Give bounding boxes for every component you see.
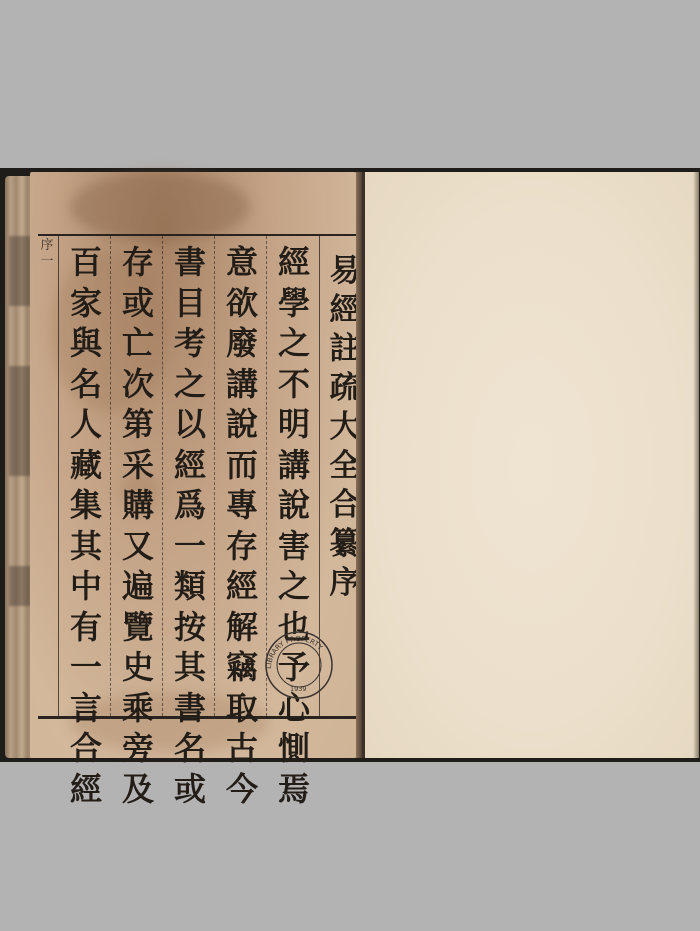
glyph: 廢 [226,323,258,364]
glyph: 言 [70,688,102,729]
glyph: 害 [278,526,310,567]
glyph: 類 [174,566,206,607]
glyph: 爲 [174,485,206,526]
glyph: 經 [174,445,206,486]
column-rule [162,236,163,716]
glyph: 或 [174,769,206,810]
glyph: 有 [70,607,102,648]
glyph: 史 [122,647,154,688]
glyph: 古 [226,728,258,769]
glyph: 名 [174,728,206,769]
glyph: 集 [70,485,102,526]
glyph: 書 [174,688,206,729]
text-column-5: 百家與名人藏集其中有一言合經 [64,242,108,809]
column-rule [214,236,215,716]
glyph: 經 [278,242,310,283]
glyph: 以 [174,404,206,445]
glyph: 其 [174,647,206,688]
glyph: 之 [278,566,310,607]
glyph: 惻 [278,728,310,769]
open-book-scan: 序一 百家與名人藏集其中有一言合經 存或亡次第采購又遍覽史乘旁及 書目考之以經爲… [0,168,700,762]
glyph: 一 [70,647,102,688]
text-column-1: 經學之不明講說害之也予心惻焉 [272,242,316,809]
glyph: 經 [226,566,258,607]
text-column-4: 存或亡次第采購又遍覽史乘旁及 [116,242,160,809]
glyph: 與 [70,323,102,364]
glyph: 講 [226,364,258,405]
text-column-2: 意欲廢講說而專存經解竊取古今 [220,242,264,809]
glyph: 一 [174,526,206,567]
glyph: 次 [122,364,154,405]
glyph: 目 [174,283,206,324]
glyph: 或 [122,283,154,324]
glyph: 存 [226,526,258,567]
glyph: 經 [70,769,102,810]
glyph: 考 [174,323,206,364]
glyph: 竊 [226,647,258,688]
glyph: 名 [70,364,102,405]
glyph: 說 [226,404,258,445]
glyph: 講 [278,445,310,486]
svg-text:1939: 1939 [290,685,307,693]
glyph: 第 [122,404,154,445]
glyph: 家 [70,283,102,324]
glyph: 不 [278,364,310,405]
glyph: 乘 [122,688,154,729]
glyph: 專 [226,485,258,526]
glyph: 其 [70,526,102,567]
glyph: 按 [174,607,206,648]
glyph: 覽 [122,607,154,648]
column-rule [110,236,111,716]
glyph: 焉 [278,769,310,810]
glyph: 存 [122,242,154,283]
glyph: 解 [226,607,258,648]
glyph: 意 [226,242,258,283]
glyph: 人 [70,404,102,445]
glyph: 之 [278,323,310,364]
glyph: 合 [70,728,102,769]
glyph: 購 [122,485,154,526]
glyph: 書 [174,242,206,283]
column-rule [58,236,59,716]
glyph: 明 [278,404,310,445]
glyph: 中 [70,566,102,607]
glyph: 說 [278,485,310,526]
page-edges [5,176,33,758]
text-column-3: 書目考之以經爲一類按其書名或 [168,242,212,809]
glyph: 學 [278,283,310,324]
svg-text:LIBRARY PROPERTY: LIBRARY PROPERTY [265,635,325,669]
glyph: 而 [226,445,258,486]
glyph: 旁 [122,728,154,769]
glyph: 又 [122,526,154,567]
glyph: 今 [226,769,258,810]
right-page-blank [362,172,699,758]
glyph: 之 [174,364,206,405]
glyph: 及 [122,769,154,810]
glyph: 遍 [122,566,154,607]
glyph: 百 [70,242,102,283]
glyph: 采 [122,445,154,486]
glyph: 藏 [70,445,102,486]
glyph: 亡 [122,323,154,364]
left-page: 序一 百家與名人藏集其中有一言合經 存或亡次第采購又遍覽史乘旁及 書目考之以經爲… [30,172,360,758]
glyph: 欲 [226,283,258,324]
library-stamp: LIBRARY PROPERTY 1939 [263,629,335,701]
glyph: 取 [226,688,258,729]
